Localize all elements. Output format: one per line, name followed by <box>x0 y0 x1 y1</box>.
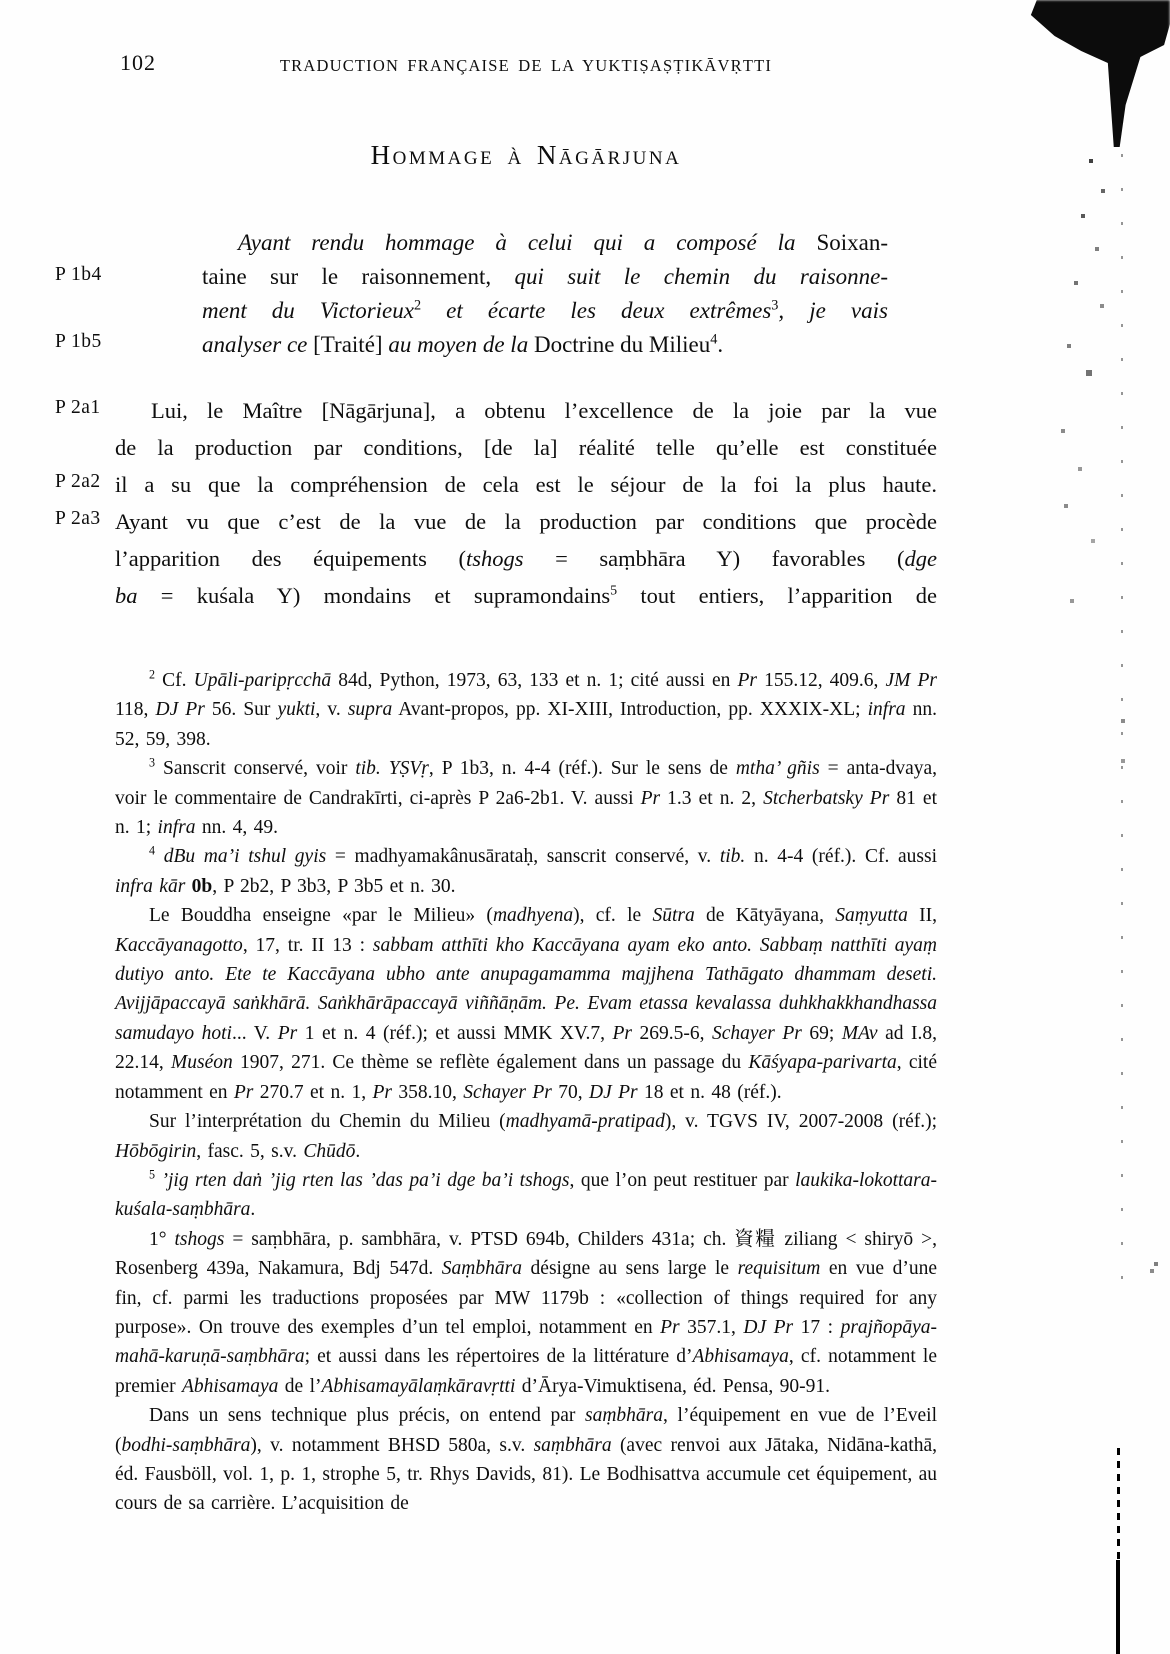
text-segment: dBu ma’i tshul gyis <box>164 846 326 867</box>
text-segment: II, <box>908 905 937 926</box>
text-segment: Upāli-paripṛcchā <box>194 670 332 691</box>
text-segment: bodhi-saṃbhāra <box>122 1435 251 1456</box>
text-segment: ... V. <box>232 1023 278 1044</box>
text-segment: Lui, le Maître [Nāgārjuna], a obtenu l’e… <box>151 398 937 423</box>
text-segment: de Kātyāyana, <box>695 905 836 926</box>
text-segment: Ayant vu que c’est de la vue de la produ… <box>115 509 937 534</box>
text-segment: ba <box>115 583 138 608</box>
text-segment: Hōbōgirin <box>115 1141 196 1162</box>
text-segment: infra kār <box>115 876 185 897</box>
text-segment: Pr <box>613 1023 633 1044</box>
text-segment: requisitum <box>738 1258 821 1279</box>
text-segment: 155.12, 409.6, <box>757 670 886 691</box>
text-segment: . <box>250 1199 255 1220</box>
scan-edge-line-dashed-artifact <box>1117 1448 1120 1564</box>
text-segment: 0b <box>192 876 213 897</box>
text-segment: de la production par conditions, [de la]… <box>115 435 937 460</box>
text-segment: , P 1b3, n. 4-4 (réf.). Sur le sens de <box>429 758 736 779</box>
text-segment: Pr <box>234 1082 254 1103</box>
footnote-paragraph: 4 dBu ma’i tshul gyis = madhyamakânusāra… <box>115 842 937 901</box>
text-segment: Stcherbatsky Pr <box>763 788 889 809</box>
text-segment: 69; <box>802 1023 842 1044</box>
text-segment: mtha’ gñis <box>736 758 820 779</box>
text-segment: taine sur le raisonnement, <box>202 264 514 289</box>
footnote-paragraph: 2 Cf. Upāli-paripṛcchā 84d, Python, 1973… <box>115 666 937 754</box>
text-segment: , que l’on peut restituer par <box>570 1170 796 1191</box>
text-segment: 1907, 271. Ce thème se reflète également… <box>233 1052 749 1073</box>
text-segment: 1 et n. 4 (réf.); et aussi MMK XV.7, <box>297 1023 612 1044</box>
footnote-paragraph: 1° tshogs = saṃbhāra, p. sambhāra, v. PT… <box>115 1225 937 1401</box>
text-segment: 84d, Python, 1973, 63, 133 et n. 1; cité… <box>331 670 737 691</box>
text-segment: Le Bouddha enseigne «par le Milieu» ( <box>149 905 493 926</box>
text-segment: , fasc. 5, s.v. <box>196 1141 303 1162</box>
text-line: Lui, le Maître [Nāgārjuna], a obtenu l’e… <box>115 392 937 429</box>
text-segment: 357.1, <box>680 1317 744 1338</box>
text-segment: supra <box>348 699 392 720</box>
text-segment: JM Pr <box>886 670 938 691</box>
text-segment: Abhisamaya <box>182 1376 278 1397</box>
text-line: l’apparition des équipements (tshogs = s… <box>115 540 937 577</box>
text-segment: Abhisamayālaṃkāravṛtti <box>322 1376 516 1397</box>
text-segment: ), v. TGVS IV, 2007-2008 (réf.); <box>665 1111 937 1132</box>
text-segment: 1° <box>149 1229 175 1250</box>
footnote-paragraph: 3 Sanscrit conservé, voir tib. YṢVṛ, P 1… <box>115 754 937 842</box>
footnote-paragraph: Le Bouddha enseigne «par le Milieu» (mad… <box>115 901 937 1107</box>
text-segment: tshogs <box>175 1229 225 1250</box>
text-line: taine sur le raisonnement, qui suit le c… <box>202 260 888 294</box>
scan-speckle-artifact <box>0 0 2 2</box>
text-segment: , v. <box>315 699 347 720</box>
text-segment: infra <box>158 817 196 838</box>
text-segment: = saṃbhāra Y) favorables ( <box>523 546 904 571</box>
text-segment: = madhyamakânusārataḥ, sanscrit conservé… <box>326 846 720 867</box>
text-segment: ment du Victorieux <box>202 298 414 323</box>
text-segment: madhyena <box>493 905 573 926</box>
footnote-paragraph: 5 ’jig rten daṅ ’jig rten las ’das pa’i … <box>115 1166 937 1225</box>
text-segment: Cf. <box>155 670 194 691</box>
text-segment: n. 4-4 (réf.). Cf. aussi <box>745 846 937 867</box>
text-segment: 17 : <box>793 1317 840 1338</box>
text-segment: ), cf. le <box>573 905 652 926</box>
text-segment: Schayer Pr <box>712 1023 802 1044</box>
text-segment: tout entiers, l’apparition de <box>617 583 937 608</box>
text-segment: Sanscrit conservé, voir <box>155 758 355 779</box>
text-line: Ayant vu que c’est de la vue de la produ… <box>115 503 937 540</box>
text-line: ba = kuśala Y) mondains et supramondains… <box>115 577 937 614</box>
text-segment: saṃbhāra <box>585 1405 663 1426</box>
text-segment: 269.5-6, <box>632 1023 712 1044</box>
text-segment: Saṃyutta <box>835 905 908 926</box>
text-segment: Sur l’interprétation du Chemin du Milieu… <box>149 1111 506 1132</box>
margin-ref-p2a1: P 2a1 <box>55 397 101 419</box>
footnote-paragraph: Sur l’interprétation du Chemin du Milieu… <box>115 1107 937 1166</box>
text-segment: 1.3 et n. 2, <box>660 788 763 809</box>
text-segment: DJ Pr <box>155 699 204 720</box>
text-segment: Abhisamaya <box>693 1346 789 1367</box>
text-segment: 18 et n. 48 (réf.). <box>638 1082 782 1103</box>
text-segment: Chūdō <box>303 1141 355 1162</box>
text-segment: Pr <box>372 1082 392 1103</box>
text-segment: l’apparition des équipements ( <box>115 546 466 571</box>
text-segment: et écarte les deux extrêmes <box>421 298 771 323</box>
text-line: il a su que la compréhension de cela est… <box>115 466 937 503</box>
text-segment: Saṃbhāra <box>442 1258 522 1279</box>
text-segment: Avant-propos, pp. XI-XIII, Introduction,… <box>392 699 867 720</box>
text-segment: de l’ <box>278 1376 321 1397</box>
text-segment: saṃbhāra <box>534 1435 612 1456</box>
margin-ref-p2a3: P 2a3 <box>55 508 101 530</box>
text-segment: [Traité] <box>313 332 388 357</box>
text-segment: Pr <box>660 1317 680 1338</box>
text-segment: DJ Pr <box>743 1317 793 1338</box>
text-segment: qui suit le chemin du raisonne- <box>514 264 888 289</box>
book-page: 102 TRADUCTION FRANÇAISE DE LA YUKTIṢAṢṬ… <box>0 0 1170 1654</box>
text-segment: yukti <box>278 699 316 720</box>
text-segment: Pr <box>641 788 661 809</box>
text-segment: Kāśyapa-parivarta <box>748 1052 896 1073</box>
text-segment: analyser ce <box>202 332 313 357</box>
text-segment: ’jig rten daṅ ’jig rten las ’das pa’i dg… <box>162 1170 570 1191</box>
text-segment: Kaccāyanagotto <box>115 935 243 956</box>
text-segment: 118, <box>115 699 155 720</box>
running-header: TRADUCTION FRANÇAISE DE LA YUKTIṢAṢṬIKĀV… <box>115 56 937 76</box>
text-segment: tib. <box>720 846 745 867</box>
text-segment: , je vais <box>778 298 888 323</box>
text-segment: Sūtra <box>652 905 694 926</box>
text-segment: Dans un sens technique plus précis, on e… <box>149 1405 585 1426</box>
text-segment: dge <box>904 546 937 571</box>
text-segment: Schayer Pr <box>463 1082 552 1103</box>
text-segment: , P 2b2, P 3b3, P 3b5 et n. 30. <box>212 876 455 897</box>
text-segment: Ayant rendu hommage à celui qui a compos… <box>238 230 816 255</box>
text-segment: au moyen de la <box>388 332 534 357</box>
text-line: Ayant rendu hommage à celui qui a compos… <box>202 226 888 260</box>
text-line: de la production par conditions, [de la]… <box>115 429 937 466</box>
scan-edge-line-solid-artifact <box>1116 1560 1120 1654</box>
margin-ref-p1b4: P 1b4 <box>55 264 102 286</box>
text-segment: 70, <box>552 1082 589 1103</box>
text-segment: il a su que la compréhension de cela est… <box>115 472 937 497</box>
text-segment <box>155 846 164 867</box>
text-segment: tib. YṢVṛ <box>355 758 429 779</box>
text-segment: , 17, tr. II 13 : <box>243 935 373 956</box>
text-segment: Pr <box>278 1023 298 1044</box>
margin-ref-p1b5: P 1b5 <box>55 331 102 353</box>
text-segment: Doctrine du Milieu <box>534 332 710 357</box>
verse-block: Ayant rendu hommage à celui qui a compos… <box>202 226 888 362</box>
section-title: Hommage à Nāgārjuna <box>115 140 937 171</box>
text-segment: ), v. notamment BHSD 580a, s.v. <box>250 1435 533 1456</box>
text-segment: Muséon <box>171 1052 233 1073</box>
text-segment: désigne au sens large le <box>522 1258 738 1279</box>
text-segment: 270.7 et n. 1, <box>253 1082 372 1103</box>
text-line: ment du Victorieux2 et écarte les deux e… <box>202 294 888 328</box>
scan-dotted-edge-artifact <box>1121 120 1123 1300</box>
footnotes-block: 2 Cf. Upāli-paripṛcchā 84d, Python, 1973… <box>115 666 937 1519</box>
scan-smudge-artifact <box>1022 0 1170 150</box>
text-segment: Soixan- <box>816 230 888 255</box>
text-segment: ; et aussi dans les répertoires de la li… <box>305 1346 693 1367</box>
text-segment: = kuśala Y) mondains et supramondains <box>138 583 611 608</box>
text-line: analyser ce [Traité] au moyen de la Doct… <box>202 328 888 362</box>
text-segment: MAv <box>842 1023 878 1044</box>
text-segment: nn. 4, 49. <box>195 817 278 838</box>
text-segment: 358.10, <box>392 1082 463 1103</box>
margin-ref-p2a2: P 2a2 <box>55 471 101 493</box>
text-segment: infra <box>868 699 906 720</box>
commentary-paragraph: Lui, le Maître [Nāgārjuna], a obtenu l’e… <box>115 392 937 614</box>
text-segment: . <box>355 1141 360 1162</box>
footnote-paragraph: Dans un sens technique plus précis, on e… <box>115 1401 937 1519</box>
text-segment: d’Ārya-Vimuktisena, éd. Pensa, 90-91. <box>515 1376 830 1397</box>
text-segment: 56. Sur <box>205 699 278 720</box>
text-segment: . <box>717 332 723 357</box>
text-segment: Pr <box>737 670 757 691</box>
text-segment: tshogs <box>466 546 524 571</box>
text-segment: madhyamā-pratipad <box>506 1111 665 1132</box>
text-segment: DJ Pr <box>589 1082 638 1103</box>
